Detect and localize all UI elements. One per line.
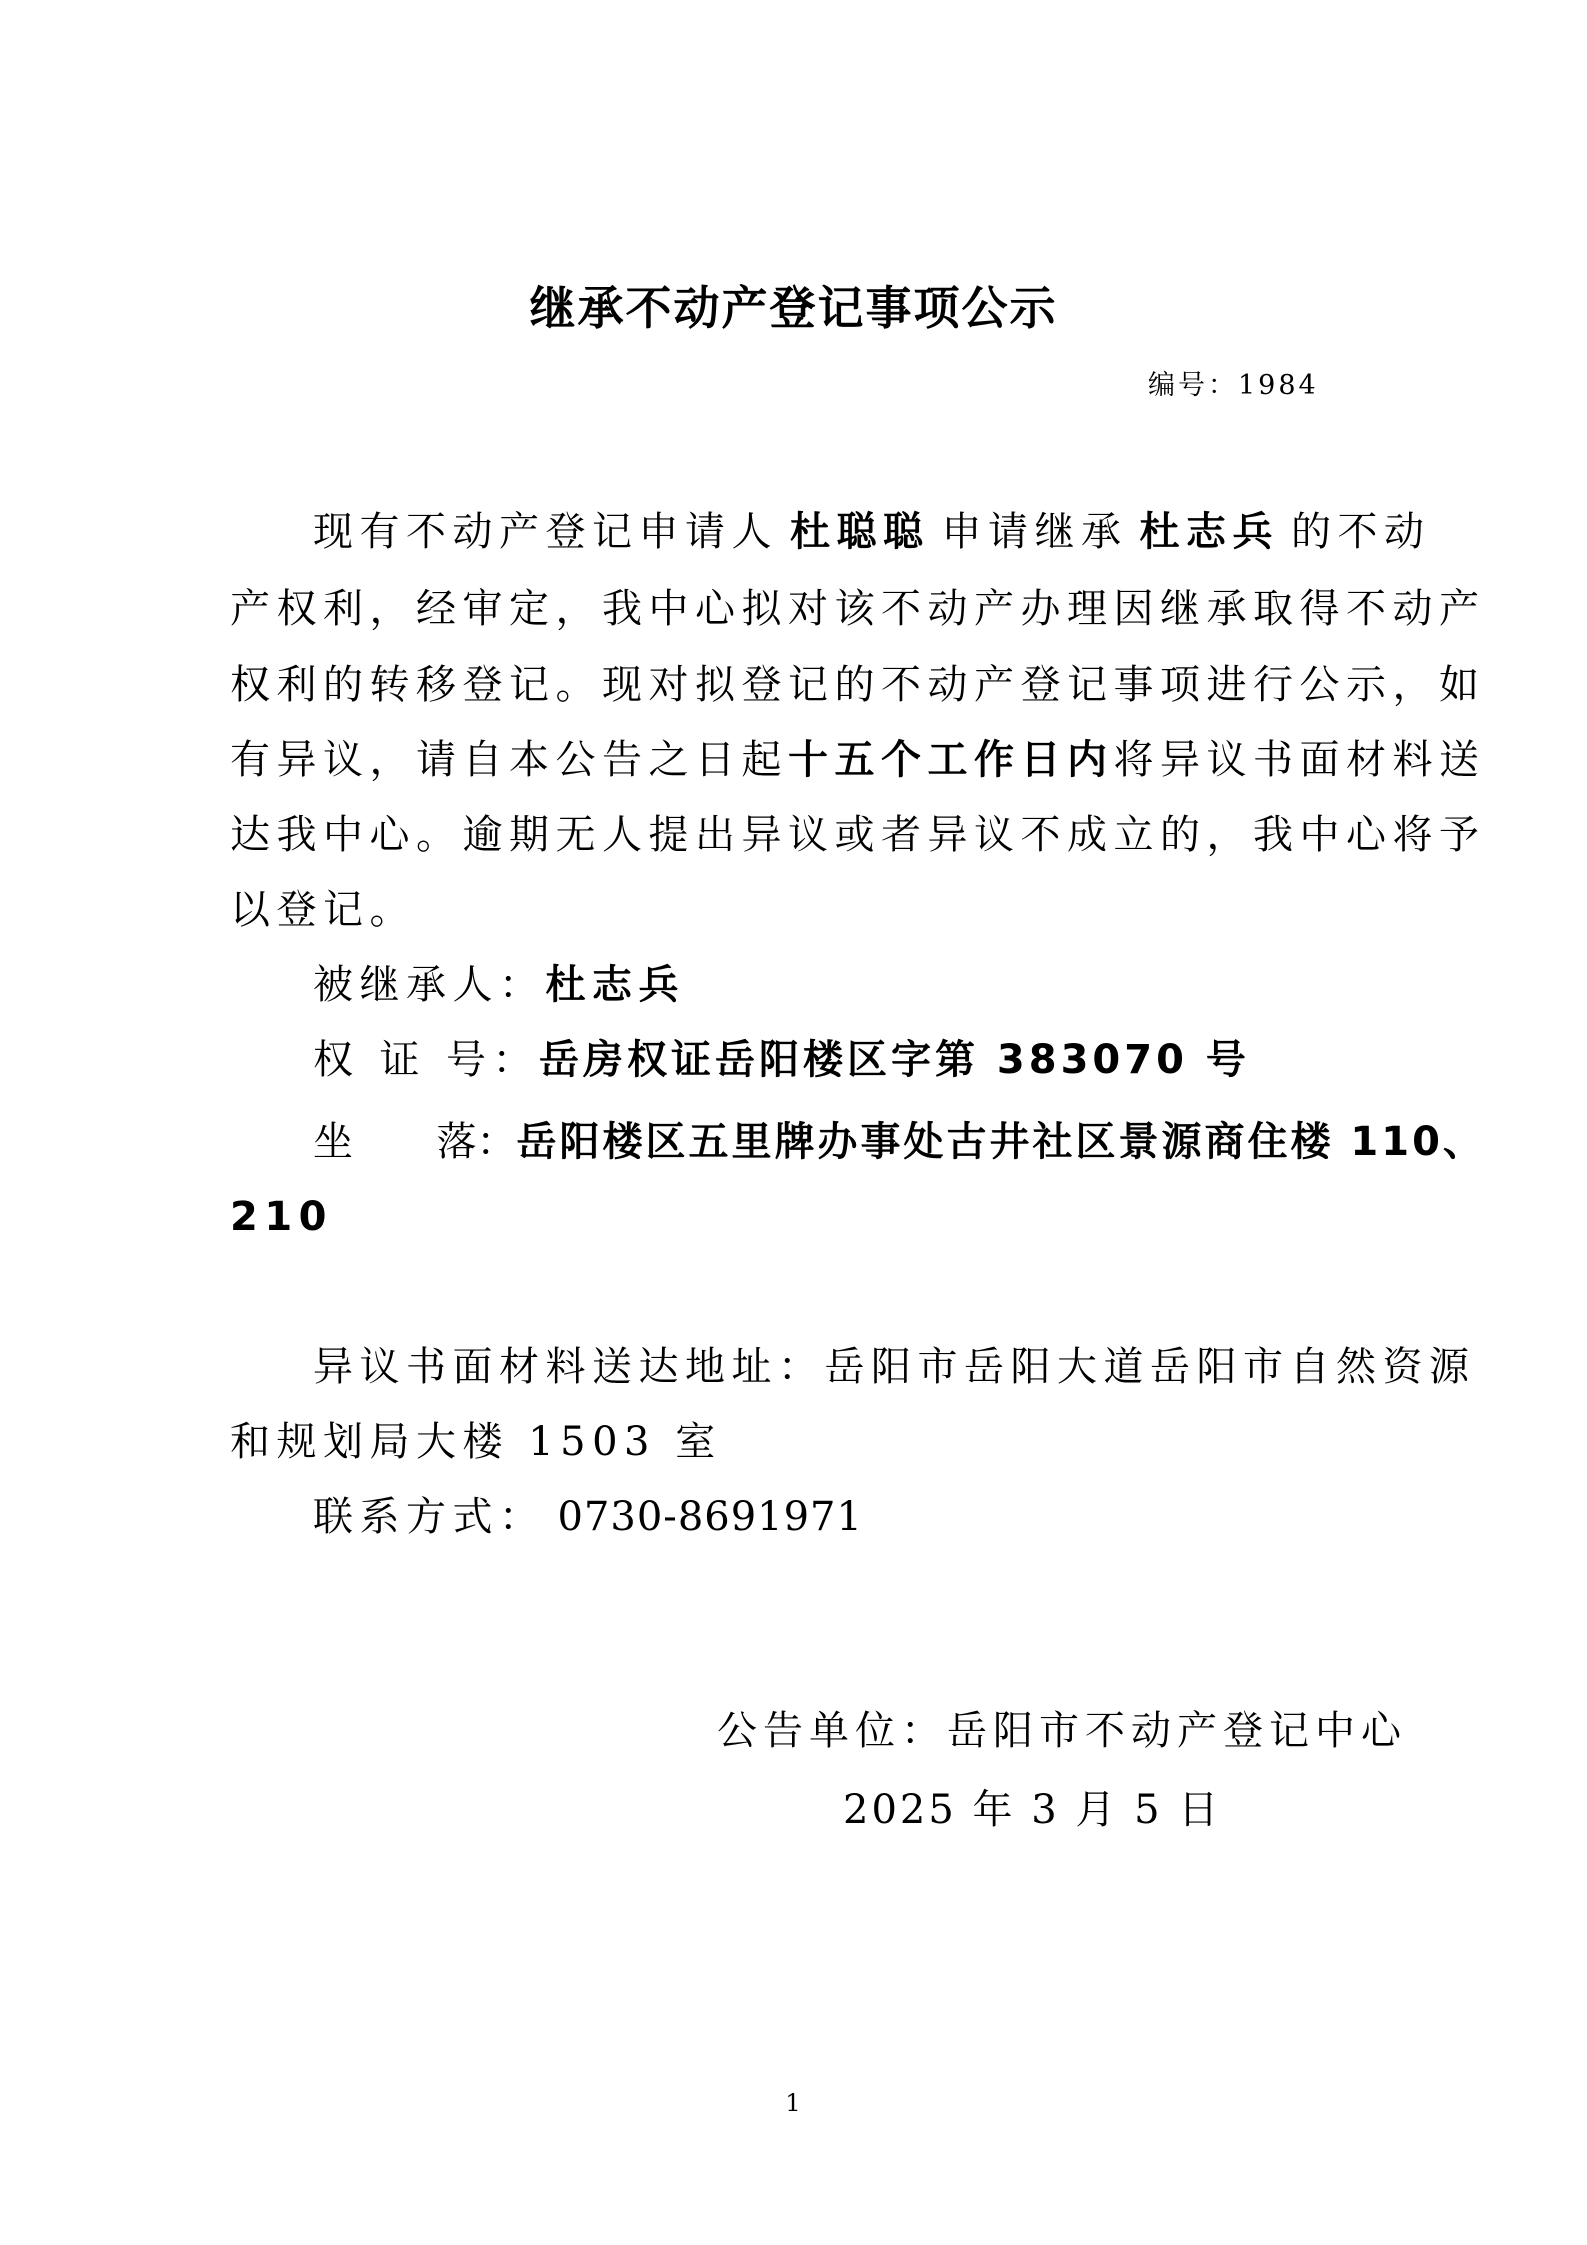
paragraph-line-3: 权利的转移登记。现对拟登记的不动产登记事项进行公示，如: [230, 660, 1486, 710]
contact-label: 联系方式：: [313, 1494, 546, 1540]
document-page: 继承不动产登记事项公示 编号：1984 现有不动产登记申请人杜聪聪申请继承杜志兵…: [0, 0, 1587, 2245]
signature-unit: 公告单位：岳阳市不动产登记中心: [717, 1706, 1407, 1756]
contact-value: 0730-8691971: [558, 1494, 863, 1540]
objection-address-line-1: 异议书面材料送达地址：岳阳市岳阳大道岳阳市自然资源: [313, 1342, 1476, 1392]
location-label: 坐落：: [313, 1119, 517, 1165]
location-value: 岳阳楼区五里牌办事处古井社区景源商住楼 110、: [517, 1119, 1486, 1165]
paragraph-text: 申请继承: [942, 509, 1128, 555]
certificate-label: 权证号：: [313, 1037, 539, 1083]
document-number-value: 1984: [1238, 370, 1319, 401]
location-value-continued: 210: [230, 1192, 333, 1242]
document-title: 继承不动产登记事项公示: [0, 278, 1587, 338]
page-number: 1: [783, 2088, 803, 2118]
signature-unit-value: 岳阳市不动产登记中心: [947, 1708, 1407, 1754]
applicant-name: 杜聪聪: [790, 509, 930, 555]
objection-address-line-2: 和规划局大楼 1503 室: [230, 1417, 722, 1467]
document-number: 编号：1984: [1148, 368, 1319, 404]
decedent-field: 被继承人：杜志兵: [313, 960, 685, 1010]
contact-field: 联系方式：0730-8691971: [313, 1492, 863, 1542]
paragraph-line-2: 产权利，经审定，我中心拟对该不动产办理因继承取得不动产: [230, 584, 1486, 634]
certificate-field: 权证号：岳房权证岳阳楼区字第 383070 号: [313, 1035, 1250, 1085]
document-number-label: 编号：: [1148, 370, 1238, 401]
certificate-value: 岳房权证岳阳楼区字第 383070 号: [539, 1037, 1250, 1083]
signature-unit-label: 公告单位：: [717, 1708, 947, 1754]
paragraph-line-1: 现有不动产登记申请人杜聪聪申请继承杜志兵的不动: [313, 507, 1431, 557]
decedent-name: 杜志兵: [1140, 509, 1280, 555]
signature-date: 2025 年 3 月 5 日: [843, 1785, 1221, 1835]
paragraph-text: 将异议书面材料送: [1114, 737, 1486, 783]
decedent-label: 被继承人：: [313, 962, 546, 1008]
paragraph-text: 有异议，请自本公告之日起: [230, 737, 788, 783]
paragraph-line-4: 有异议，请自本公告之日起十五个工作日内将异议书面材料送: [230, 735, 1486, 785]
location-field: 坐落：岳阳楼区五里牌办事处古井社区景源商住楼 110、: [313, 1117, 1486, 1167]
paragraph-line-6: 以登记。: [230, 885, 416, 935]
decedent-value: 杜志兵: [546, 962, 686, 1008]
paragraph-line-5: 达我中心。逾期无人提出异议或者异议不成立的，我中心将予: [230, 810, 1486, 860]
paragraph-text: 现有不动产登记申请人: [313, 509, 778, 555]
objection-deadline: 十五个工作日内: [788, 737, 1114, 783]
paragraph-text: 的不动: [1291, 509, 1431, 555]
